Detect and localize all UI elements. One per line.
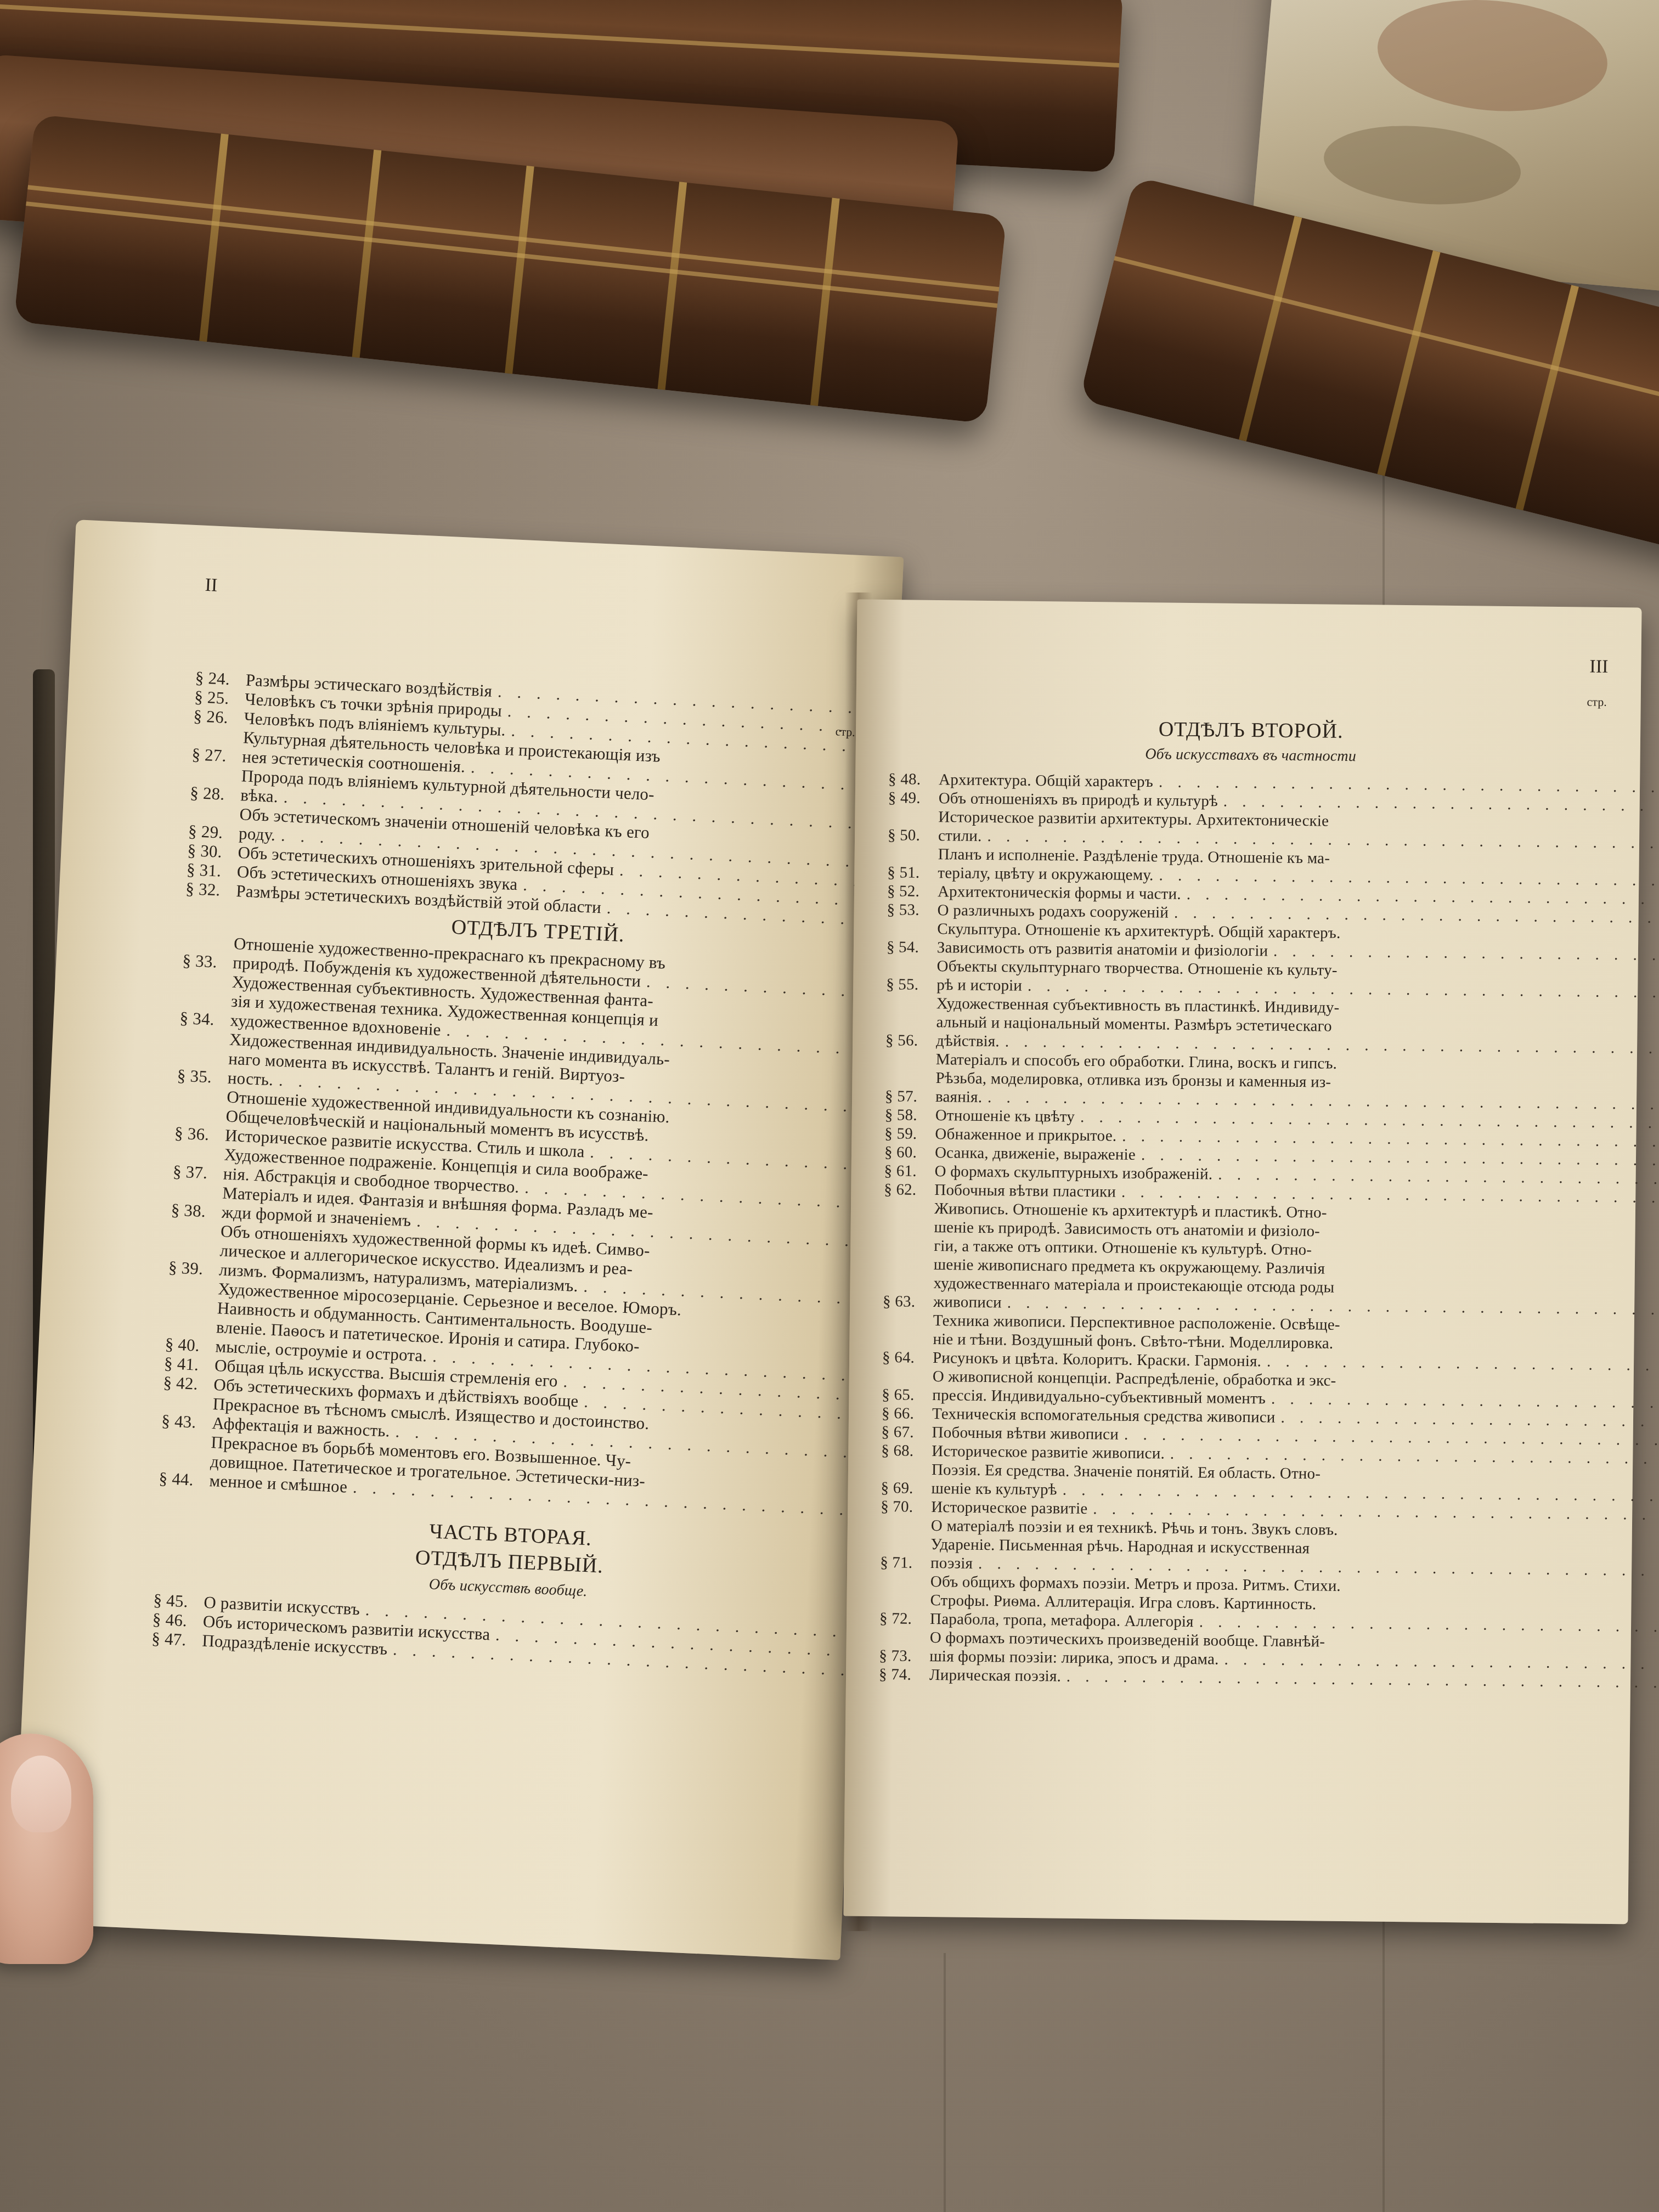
open-book: II стр. § 24.Размѣры эстическаго воздѣйс… <box>33 527 1659 1975</box>
page-ref: 132 <box>1650 1561 1659 1581</box>
section-number: § 34. <box>179 1008 230 1030</box>
paper-seam <box>944 1953 946 2212</box>
entry-title-line: шеніе къ культурѣ <box>931 1479 1057 1499</box>
toc-right: ОТДѢЛЪ ВТОРОЙ. Объ искусствахъ въ частно… <box>879 709 1613 1691</box>
page-number: III <box>1589 657 1608 678</box>
entry-title-line: Объ отношеніяхъ въ природѣ и культурѣ <box>939 789 1218 810</box>
section-number: § 71. <box>880 1553 930 1572</box>
section-number: § 64. <box>882 1348 933 1367</box>
entry-title-line: Архитектоническія формы и части. <box>938 882 1181 904</box>
section-number: § 66. <box>882 1404 932 1423</box>
entry-title-line: Лирическая поэзія. <box>929 1666 1061 1686</box>
left-page[interactable]: II стр. § 24.Размѣры эстическаго воздѣйс… <box>13 520 904 1960</box>
section-number: § 35. <box>177 1065 228 1087</box>
entry-title-line: теріалу, цвѣту и окружающему. <box>938 864 1154 884</box>
section-number: § 50. <box>888 826 938 845</box>
section-number: § 51. <box>887 863 938 882</box>
section-number: § 31. <box>186 860 237 881</box>
thumb-nail <box>11 1756 71 1832</box>
section-number: § 27. <box>191 744 242 766</box>
entry-title-line: Побочныя вѣтви пластики <box>934 1181 1116 1201</box>
section-number: § 63. <box>883 1292 933 1311</box>
entry-title-line: шія формы поэзіи: лирика, эпосъ и драма. <box>929 1647 1218 1669</box>
entry-title-line: О формахъ скульптурныхъ изображеній. <box>935 1162 1213 1183</box>
page-column-label: стр. <box>1587 695 1606 709</box>
section-number: § 52. <box>887 882 938 901</box>
section-number: § 72. <box>879 1609 930 1628</box>
section-heading: ОТДѢЛЪ ВТОРОЙ. <box>889 717 1613 743</box>
section-number: § 55. <box>886 975 936 994</box>
section-number: § 38. <box>171 1200 222 1221</box>
entry-title-line: Осанка, движеніе, выраженіе <box>935 1143 1136 1164</box>
section-number: § 30. <box>187 840 238 862</box>
section-number: § 48. <box>888 770 939 789</box>
section-number: § 24. <box>195 668 246 689</box>
section-number: § 67. <box>882 1423 932 1442</box>
section-number: § 54. <box>887 938 937 957</box>
section-number: § 57. <box>885 1087 935 1106</box>
section-number: § 32. <box>185 879 236 900</box>
section-subheading: Объ искусствахъ въ частности <box>889 742 1613 769</box>
entry-title-line: О различныхъ родахъ сооруженій <box>938 901 1169 922</box>
entry-title-line: Обнаженное и прикрытое. <box>935 1125 1116 1145</box>
entry-title-line: Отношеніе къ цвѣту <box>935 1106 1075 1126</box>
entry-title-line: Архитектура. Общій характеръ <box>939 770 1153 791</box>
section-number: § 74. <box>879 1665 929 1684</box>
entry-title-line: Историческое развитіе живописи. <box>932 1442 1165 1463</box>
section-number: § 36. <box>174 1123 225 1144</box>
entry-title-line: рѣ и исторіи <box>936 975 1022 995</box>
toc-entry[interactable]: § 71.О матеріалѣ поэзіи и ея техникѣ. Рѣ… <box>880 1516 1605 1579</box>
section-number: § 37. <box>172 1161 223 1183</box>
section-number: § 43. <box>161 1411 212 1432</box>
section-number: § 26. <box>193 706 244 727</box>
section-number: § 59. <box>884 1124 935 1143</box>
toc-left: § 24.Размѣры эстическаго воздѣйствія. . … <box>151 668 903 1680</box>
section-number: § 68. <box>881 1441 932 1460</box>
page-number: II <box>205 575 218 596</box>
section-number: § 29. <box>188 821 239 843</box>
entry-title-line: Побочныя вѣтви живописи <box>932 1423 1119 1444</box>
toc-entry[interactable]: § 64.Техника живописи. Перспективное рас… <box>882 1311 1607 1374</box>
section-number: § 28. <box>190 783 241 804</box>
entry-title-line: живописи <box>933 1293 1002 1312</box>
entry-title-line: Историческое развитіе <box>931 1498 1087 1518</box>
entry-title-line: роду. <box>238 823 276 844</box>
toc-entry[interactable]: § 57.Матеріалъ и способъ его обработки. … <box>885 1049 1610 1113</box>
section-number: § 70. <box>881 1497 931 1516</box>
entry-title-line: поэзія <box>930 1554 973 1573</box>
entry-title-line: дѣйствія. <box>936 1031 1000 1051</box>
section-number: § 42. <box>163 1373 214 1394</box>
section-number: § 56. <box>885 1031 936 1050</box>
section-number: § 47. <box>151 1628 202 1650</box>
section-number: § 46. <box>152 1609 203 1630</box>
entry-title-line: стили. <box>938 826 982 845</box>
entry-title-line: Парабола, тропа, метафора. Аллегорія <box>930 1610 1194 1631</box>
section-number: § 49. <box>888 788 939 808</box>
right-page[interactable]: III стр. ОТДѢЛЪ ВТОРОЙ. Объ искусствахъ … <box>843 600 1641 1925</box>
section-number: § 44. <box>159 1469 210 1490</box>
section-number: § 60. <box>884 1143 935 1162</box>
section-number: § 41. <box>163 1353 215 1375</box>
section-number: § 61. <box>884 1161 935 1181</box>
entry-title-line: ность. <box>227 1068 274 1090</box>
section-number: § 45. <box>153 1590 204 1612</box>
section-number: § 40. <box>165 1334 216 1356</box>
section-number: § 69. <box>881 1479 931 1498</box>
section-number: § 62. <box>884 1180 934 1199</box>
toc-entry[interactable]: § 72.Объ общихъ формахъ поэзіи. Метръ и … <box>879 1572 1604 1635</box>
section-number: § 65. <box>882 1385 932 1404</box>
entry-title-line: ваянія. <box>935 1087 982 1107</box>
section-number: § 73. <box>879 1646 929 1666</box>
toc-entry[interactable]: § 63.Живопись. Отношеніе къ архитектурѣ … <box>883 1199 1608 1318</box>
toc-entry[interactable]: § 56.Художественная субъективность въ пл… <box>885 994 1610 1057</box>
section-number: § 58. <box>885 1105 935 1125</box>
section-number: § 53. <box>887 900 938 919</box>
section-number: § 25. <box>194 687 245 708</box>
section-number: § 39. <box>168 1257 219 1279</box>
thumb <box>0 1734 93 1964</box>
section-number: § 33. <box>182 951 233 972</box>
entry-title-line: вѣка. <box>240 785 279 806</box>
